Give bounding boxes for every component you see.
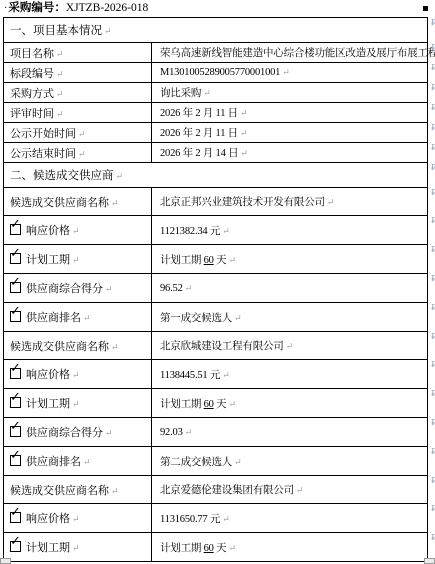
return-mark-icon: ↵ — [78, 129, 86, 139]
return-mark-icon: ↵ — [240, 128, 247, 138]
row-value-cell: 2026 年 2 月 14 日↵₽ — [152, 143, 428, 163]
row-value-cell: 第二成交候选人↵₽ — [152, 447, 428, 476]
return-mark-icon: ↵ — [116, 171, 124, 181]
row-end-mark-icon: ₽ — [431, 84, 435, 92]
return-mark-icon: ↵ — [105, 284, 113, 294]
checkmark-glyph: ✓ — [10, 448, 21, 463]
row-label-cell: ✓供应商排名↵ — [4, 447, 152, 476]
row-value-text: 北京爱德伦建设集团有限公司 — [160, 485, 294, 496]
row-value-cell: M1301005289005770001001↵₽ — [152, 63, 428, 83]
row-value-cell: 计划工期 60 天↵₽ — [152, 533, 428, 562]
checked-checkbox-icon: ✓ — [10, 397, 21, 408]
row-value-cell: 2026 年 2 月 11 日↵₽ — [152, 103, 428, 123]
row-label-cell: 候选成交供应商名称↵ — [4, 332, 152, 360]
return-mark-icon: ↵ — [228, 255, 235, 265]
return-mark-icon: ↵ — [240, 148, 247, 158]
table-row: 候选成交供应商名称↵北京正邦兴业建筑技术开发有限公司↵₽ — [4, 188, 428, 216]
row-label-text: 公示开始时间 — [10, 128, 76, 140]
return-mark-icon: ↵ — [240, 108, 247, 118]
return-mark-icon: ↵ — [72, 543, 80, 553]
table-row: ✓供应商综合得分↵92.03↵₽ — [4, 418, 428, 447]
row-value-text: 第一成交候选人 — [160, 313, 232, 324]
table-row: 二、候选成交供应商↵₽ — [4, 163, 428, 188]
checkmark-glyph: ✓ — [10, 217, 21, 232]
return-mark-icon: ↵ — [282, 67, 289, 77]
row-value-text: 92.03 — [160, 427, 183, 438]
return-mark-icon: ↵ — [185, 427, 192, 437]
row-end-mark-icon: ₽ — [431, 246, 435, 254]
row-value-cell: 第一成交候选人↵₽ — [152, 303, 428, 332]
row-value-text: 北京欣城建设工程有限公司 — [160, 341, 284, 352]
row-end-mark-icon: ₽ — [431, 217, 435, 225]
table-row: 一、项目基本情况↵₽ — [4, 18, 428, 43]
row-label-text: 候选成交供应商名称 — [10, 341, 109, 353]
row-label-cell: 采购方式↵ — [4, 83, 152, 103]
table-row: ✓响应价格↵1131650.77 元↵₽ — [4, 504, 428, 533]
corner-square-icon — [423, 6, 428, 11]
row-end-mark-icon: ₽ — [431, 64, 435, 72]
procurement-number-value: XJTZB-2026-018 — [66, 2, 148, 14]
section-header-text: 一、项目基本情况 — [10, 25, 102, 37]
row-value-text: 北京正邦兴业建筑技术开发有限公司 — [160, 197, 325, 208]
document-page: ·采购编号：XJTZB-2026-018 一、项目基本情况↵₽项目名称↵荣乌高速… — [0, 0, 435, 564]
row-label-cell: 公示结束时间↵ — [4, 143, 152, 163]
underlined-value: 60 — [204, 543, 214, 554]
return-mark-icon: ↵ — [83, 457, 91, 467]
table-row: ✓计划工期↵计划工期 60 天↵₽ — [4, 389, 428, 418]
row-end-mark-icon: ₽ — [431, 390, 435, 398]
value-text-suffix: 天 — [214, 543, 227, 554]
row-label-cell: ✓供应商综合得分↵ — [4, 274, 152, 303]
row-label-text: 候选成交供应商名称 — [10, 197, 109, 209]
row-label-text: 响应价格 — [26, 369, 70, 381]
row-value-cell: 计划工期 60 天↵₽ — [152, 389, 428, 418]
section-header-text: 二、候选成交供应商 — [10, 170, 114, 182]
row-value-text: 2026 年 2 月 11 日 — [160, 108, 238, 119]
row-end-mark-icon: ₽ — [431, 361, 435, 369]
checkmark-glyph: ✓ — [10, 275, 21, 290]
table-row: 公示结束时间↵2026 年 2 月 14 日↵₽ — [4, 143, 428, 163]
doc-table-body: 一、项目基本情况↵₽项目名称↵荣乌高速新线智能建造中心综合楼功能区改造及展厅布展… — [4, 18, 428, 562]
row-end-mark-icon: ₽ — [431, 477, 435, 485]
row-label-cell: ✓响应价格↵ — [4, 504, 152, 533]
return-mark-icon: ↵ — [203, 88, 210, 98]
row-end-mark-icon: ₽ — [431, 333, 435, 341]
row-label-text: 候选成交供应商名称 — [10, 485, 109, 497]
row-value-cell: 1138445.51 元↵₽ — [152, 360, 428, 389]
return-mark-icon: ↵ — [105, 428, 113, 438]
checked-checkbox-icon: ✓ — [10, 311, 21, 322]
checkmark-glyph: ✓ — [10, 534, 21, 549]
row-value-cell: 2026 年 2 月 11 日↵₽ — [152, 123, 428, 143]
row-value-text: 96.52 — [160, 283, 183, 294]
table-row: 候选成交供应商名称↵北京爱德伦建设集团有限公司↵₽ — [4, 476, 428, 504]
row-value-text: 1131650.77 元 — [160, 514, 220, 525]
row-label-text: 评审时间 — [10, 108, 54, 120]
row-value-cell: 1131650.77 元↵₽ — [152, 504, 428, 533]
row-label-text: 计划工期 — [26, 254, 70, 266]
table-row: 标段编号↵M1301005289005770001001↵₽ — [4, 63, 428, 83]
return-mark-icon: ↵ — [56, 69, 64, 79]
checkmark-glyph: ✓ — [10, 246, 21, 261]
row-end-mark-icon: ₽ — [431, 104, 435, 112]
row-value-text: 询比采购 — [160, 88, 201, 99]
scrollbar-right-chip[interactable] — [424, 558, 435, 564]
return-mark-icon: ↵ — [83, 313, 91, 323]
checkmark-glyph: ✓ — [10, 304, 21, 319]
row-end-mark-icon: ₽ — [431, 419, 435, 427]
value-text-prefix: 计划工期 — [160, 543, 204, 554]
row-label-cell: 候选成交供应商名称↵ — [4, 476, 152, 504]
return-mark-icon: ↵ — [78, 149, 86, 159]
return-mark-icon: ↵ — [111, 198, 119, 208]
row-label-text: 采购方式 — [10, 88, 54, 100]
return-mark-icon: ↵ — [72, 370, 80, 380]
return-mark-icon: ↵ — [111, 342, 119, 352]
section-header-cell: 二、候选成交供应商↵₽ — [4, 163, 428, 188]
checkmark-glyph: ✓ — [10, 419, 21, 434]
row-label-cell: 评审时间↵ — [4, 103, 152, 123]
table-row: 评审时间↵2026 年 2 月 11 日↵₽ — [4, 103, 428, 123]
row-label-cell: ✓供应商综合得分↵ — [4, 418, 152, 447]
return-mark-icon: ↵ — [56, 89, 64, 99]
return-mark-icon: ↵ — [234, 457, 241, 467]
return-mark-icon: ↵ — [228, 543, 235, 553]
underlined-value: 60 — [204, 255, 214, 266]
checked-checkbox-icon: ✓ — [10, 224, 21, 235]
checkmark-glyph: ✓ — [10, 505, 21, 520]
row-label-cell: ✓计划工期↵ — [4, 533, 152, 562]
return-mark-icon: ↵ — [286, 341, 293, 351]
row-label-text: 项目名称 — [10, 48, 54, 60]
return-mark-icon: ↵ — [327, 197, 334, 207]
checked-checkbox-icon: ✓ — [10, 426, 21, 437]
checked-checkbox-icon: ✓ — [10, 368, 21, 379]
return-mark-icon: ↵ — [222, 514, 229, 524]
row-label-text: 供应商排名 — [26, 312, 81, 324]
checked-checkbox-icon: ✓ — [10, 512, 21, 523]
row-value-text: 1138445.51 元 — [160, 370, 220, 381]
row-label-text: 供应商综合得分 — [26, 427, 103, 439]
row-value-text: 第二成交候选人 — [160, 457, 232, 468]
row-label-cell: 公示开始时间↵ — [4, 123, 152, 143]
return-mark-icon: ↵ — [296, 485, 303, 495]
row-label-cell: ✓供应商排名↵ — [4, 303, 152, 332]
value-text-prefix: 计划工期 — [160, 255, 204, 266]
procurement-result-table: 一、项目基本情况↵₽项目名称↵荣乌高速新线智能建造中心综合楼功能区改造及展厅布展… — [3, 17, 428, 562]
scrollbar-left-chip[interactable] — [0, 558, 11, 564]
row-label-text: 计划工期 — [26, 398, 70, 410]
row-label-text: 响应价格 — [26, 513, 70, 525]
checked-checkbox-icon: ✓ — [10, 455, 21, 466]
procurement-number-line: ·采购编号：XJTZB-2026-018 — [4, 0, 148, 16]
table-row: ✓响应价格↵1138445.51 元↵₽ — [4, 360, 428, 389]
row-value-cell: 北京爱德伦建设集团有限公司↵₽ — [152, 476, 428, 504]
return-mark-icon: ↵ — [185, 283, 192, 293]
row-label-cell: 标段编号↵ — [4, 63, 152, 83]
row-value-cell: 北京正邦兴业建筑技术开发有限公司↵₽ — [152, 188, 428, 216]
checkmark-glyph: ✓ — [10, 361, 21, 376]
return-mark-icon: ↵ — [222, 226, 229, 236]
row-label-text: 计划工期 — [26, 542, 70, 554]
row-label-cell: 候选成交供应商名称↵ — [4, 188, 152, 216]
table-row: 候选成交供应商名称↵北京欣城建设工程有限公司↵₽ — [4, 332, 428, 360]
underlined-value: 60 — [204, 399, 214, 410]
table-row: ✓计划工期↵计划工期 60 天↵₽ — [4, 245, 428, 274]
row-label-text: 标段编号 — [10, 68, 54, 80]
row-value-text: M1301005289005770001001 — [160, 67, 280, 78]
row-value-cell: 北京欣城建设工程有限公司↵₽ — [152, 332, 428, 360]
row-end-mark-icon: ₽ — [431, 189, 435, 197]
return-mark-icon: ↵ — [228, 399, 235, 409]
row-label-text: 公示结束时间 — [10, 148, 76, 160]
table-row: ✓供应商排名↵第一成交候选人↵₽ — [4, 303, 428, 332]
checkmark-glyph: ✓ — [10, 390, 21, 405]
row-end-mark-icon: ₽ — [431, 124, 435, 132]
value-text-suffix: 天 — [214, 255, 227, 266]
row-label-cell: 项目名称↵ — [4, 43, 152, 63]
checked-checkbox-icon: ✓ — [10, 253, 21, 264]
row-value-text: 荣乌高速新线智能建造中心综合楼功能区改造及展厅布展工程 — [160, 48, 435, 59]
return-mark-icon: ↵ — [104, 26, 112, 36]
row-label-text: 供应商综合得分 — [26, 283, 103, 295]
value-text-suffix: 天 — [214, 399, 227, 410]
table-row: 公示开始时间↵2026 年 2 月 11 日↵₽ — [4, 123, 428, 143]
return-mark-icon: ↵ — [72, 514, 80, 524]
row-value-cell: 荣乌高速新线智能建造中心综合楼功能区改造及展厅布展工程↵₽ — [152, 43, 428, 63]
table-row: ✓供应商综合得分↵96.52↵₽ — [4, 274, 428, 303]
return-mark-icon: ↵ — [72, 399, 80, 409]
row-end-mark-icon: ₽ — [431, 534, 435, 542]
table-row: 采购方式↵询比采购↵₽ — [4, 83, 428, 103]
row-end-mark-icon: ₽ — [431, 448, 435, 456]
procurement-number-label: 采购编号： — [8, 2, 66, 14]
value-text-prefix: 计划工期 — [160, 399, 204, 410]
return-mark-icon: ↵ — [222, 370, 229, 380]
return-mark-icon: ↵ — [111, 486, 119, 496]
row-label-cell: ✓计划工期↵ — [4, 245, 152, 274]
row-value-text: 2026 年 2 月 14 日 — [160, 148, 238, 159]
section-header-cell: 一、项目基本情况↵₽ — [4, 18, 428, 43]
return-mark-icon: ↵ — [56, 49, 64, 59]
return-mark-icon: ↵ — [72, 226, 80, 236]
row-label-text: 响应价格 — [26, 225, 70, 237]
row-end-mark-icon: ₽ — [431, 304, 435, 312]
row-end-mark-icon: ₽ — [431, 164, 435, 172]
row-value-cell: 询比采购↵₽ — [152, 83, 428, 103]
bullet-icon: · — [4, 3, 7, 14]
row-value-cell: 96.52↵₽ — [152, 274, 428, 303]
row-value-text: 1121382.34 元 — [160, 226, 220, 237]
row-value-text: 2026 年 2 月 11 日 — [160, 128, 238, 139]
row-label-cell: ✓响应价格↵ — [4, 216, 152, 245]
row-end-mark-icon: ₽ — [431, 275, 435, 283]
row-label-cell: ✓响应价格↵ — [4, 360, 152, 389]
row-label-text: 供应商排名 — [26, 456, 81, 468]
return-mark-icon: ↵ — [234, 313, 241, 323]
checked-checkbox-icon: ✓ — [10, 541, 21, 552]
checked-checkbox-icon: ✓ — [10, 282, 21, 293]
row-end-mark-icon: ₽ — [431, 44, 435, 52]
row-value-cell: 计划工期 60 天↵₽ — [152, 245, 428, 274]
return-mark-icon: ↵ — [72, 255, 80, 265]
row-value-cell: 1121382.34 元↵₽ — [152, 216, 428, 245]
table-row: 项目名称↵荣乌高速新线智能建造中心综合楼功能区改造及展厅布展工程↵₽ — [4, 43, 428, 63]
table-row: ✓供应商排名↵第二成交候选人↵₽ — [4, 447, 428, 476]
row-label-cell: ✓计划工期↵ — [4, 389, 152, 418]
return-mark-icon: ↵ — [56, 109, 64, 119]
row-end-mark-icon: ₽ — [431, 505, 435, 513]
row-value-cell: 92.03↵₽ — [152, 418, 428, 447]
table-row: ✓响应价格↵1121382.34 元↵₽ — [4, 216, 428, 245]
table-row: ✓计划工期↵计划工期 60 天↵₽ — [4, 533, 428, 562]
row-end-mark-icon: ₽ — [431, 19, 435, 27]
row-end-mark-icon: ₽ — [431, 144, 435, 152]
